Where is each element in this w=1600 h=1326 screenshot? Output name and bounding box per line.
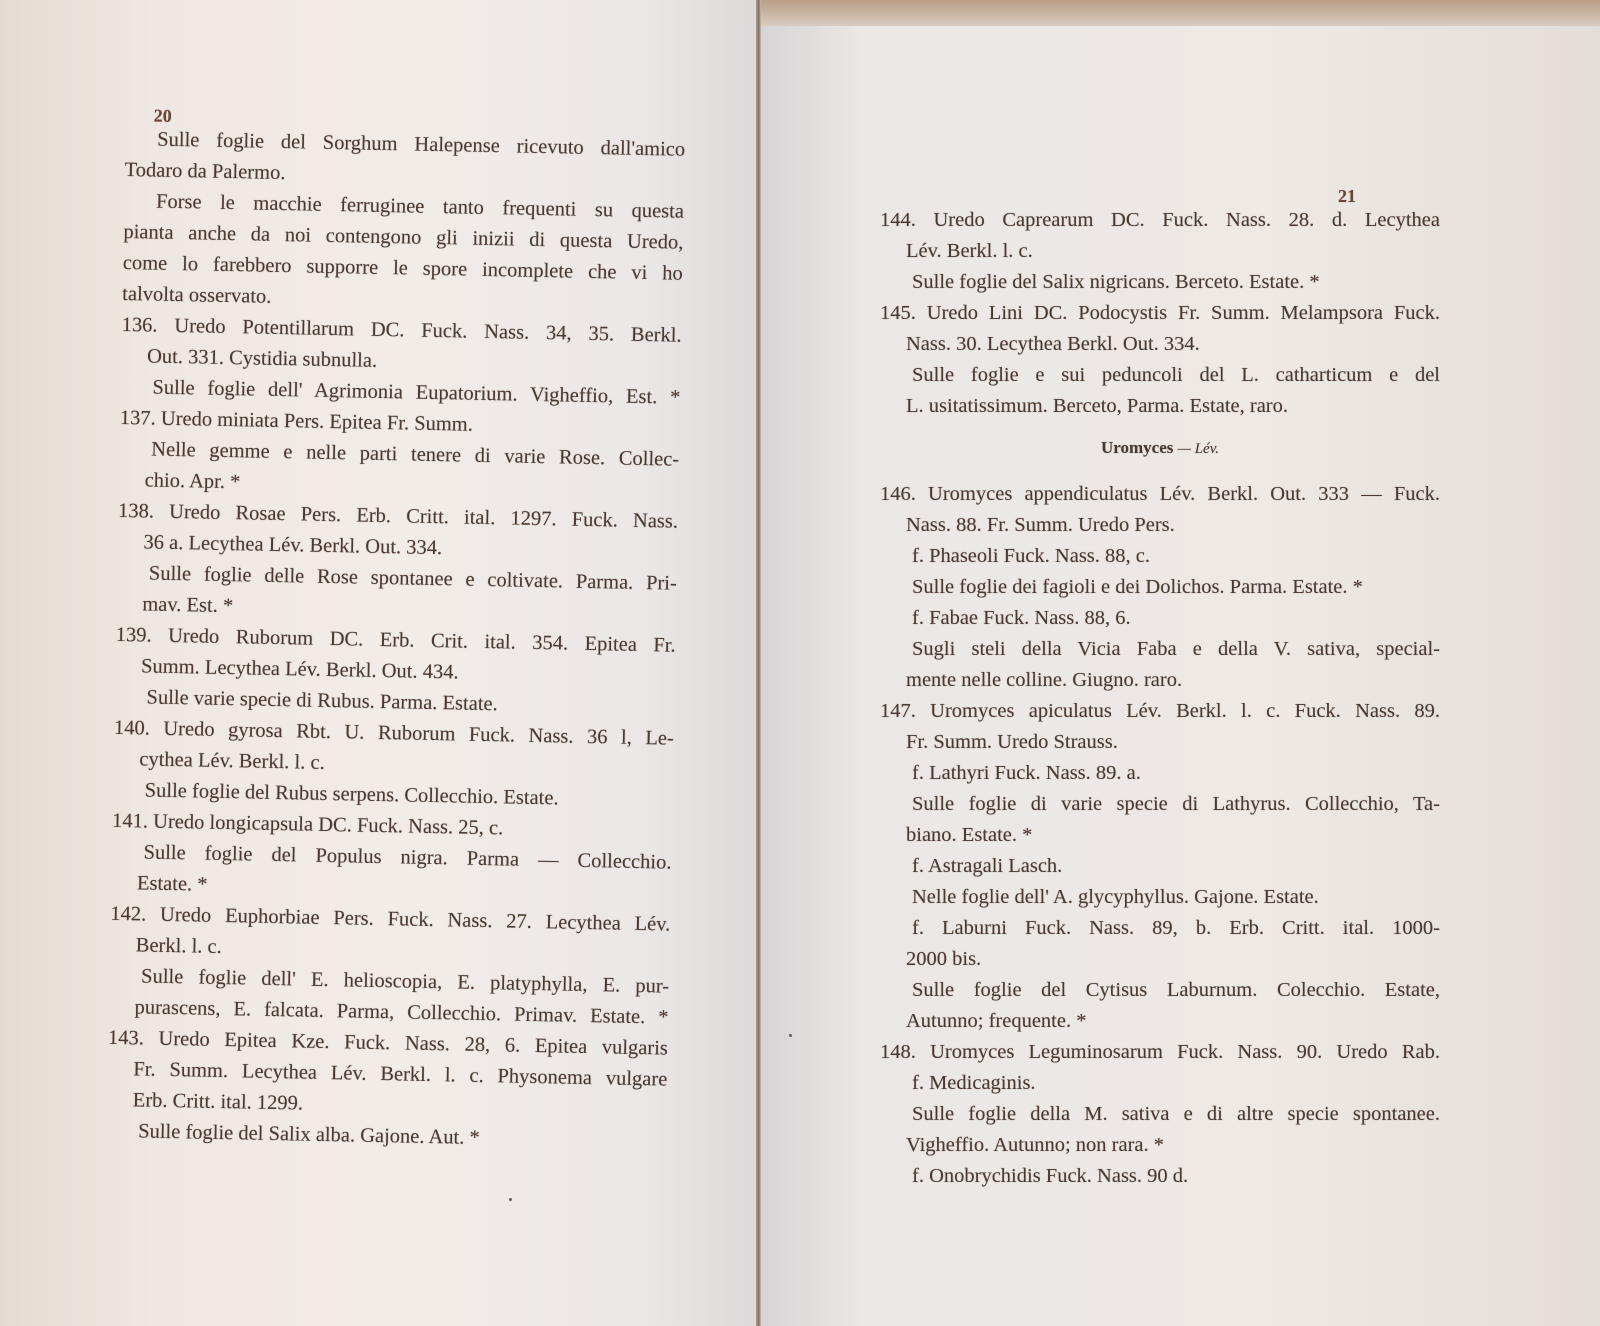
text-line: biano. Estate. *: [880, 820, 1440, 851]
text-line: f. Medicaginis.: [880, 1068, 1440, 1099]
entry-148: 148. Uromyces Leguminosarum Fuck. Nass. …: [880, 1037, 1440, 1068]
text-line: f. Lathyri Fuck. Nass. 89. a.: [880, 758, 1440, 789]
entry-144: 144. Uredo Caprearum DC. Fuck. Nass. 28.…: [880, 205, 1440, 236]
text-line: Nelle foglie dell' A. glycyphyllus. Gajo…: [880, 882, 1440, 913]
text-line: L. usitatissimum. Berceto, Parma. Estate…: [880, 391, 1440, 422]
page-number: 21: [1338, 181, 1356, 212]
entry-146: 146. Uromyces appendiculatus Lév. Berkl.…: [880, 479, 1440, 510]
entry-147: 147. Uromyces apiculatus Lév. Berkl. l. …: [880, 696, 1440, 727]
page-number: 20: [153, 101, 172, 132]
text-line: Sulle foglie di varie specie di Lathyrus…: [880, 789, 1440, 820]
text-line: f. Astragali Lasch.: [880, 851, 1440, 882]
page-edge-shadow: [761, 0, 1600, 26]
text-line: mente nelle colline. Giugno. raro.: [880, 665, 1440, 696]
text-line: Vigheffio. Autunno; non rara. *: [880, 1130, 1440, 1161]
text-line: Nass. 30. Lecythea Berkl. Out. 334.: [880, 329, 1440, 360]
text-line: Autunno; frequente. *: [880, 1006, 1440, 1037]
text-line: f. Fabae Fuck. Nass. 88, 6.: [880, 603, 1440, 634]
text-line: f. Phaseoli Fuck. Nass. 88, c.: [880, 541, 1440, 572]
text-line: Lév. Berkl. l. c.: [880, 236, 1440, 267]
text-line: Sulle foglie dei fagioli e dei Dolichos.…: [880, 572, 1440, 603]
section-heading: Uromyces — Lév.: [880, 432, 1440, 465]
text-line: f. Onobrychidis Fuck. Nass. 90 d.: [880, 1161, 1440, 1192]
paper-speck: [789, 1034, 792, 1037]
text-line: Sulle foglie del Cytisus Laburnum. Colec…: [880, 975, 1440, 1006]
text-line: Sugli steli della Vicia Faba e della V. …: [880, 634, 1440, 665]
text-line: Sulle foglie del Salix nigricans. Bercet…: [880, 267, 1440, 298]
text-line: f. Laburni Fuck. Nass. 89, b. Erb. Critt…: [880, 913, 1440, 944]
right-page-text: 21 144. Uredo Caprearum DC. Fuck. Nass. …: [880, 187, 1440, 1192]
paper-speck: [509, 1198, 512, 1201]
left-page-text: 20 Sulle foglie del Sorghum Halepense ri…: [106, 100, 686, 1158]
genus-author: — Lév.: [1178, 441, 1219, 457]
text-line: Nass. 88. Fr. Summ. Uredo Pers.: [880, 510, 1440, 541]
text-line: Sulle foglie e sui peduncoli del L. cath…: [880, 360, 1440, 391]
genus-name: Uromyces: [1101, 438, 1173, 457]
text-line: Fr. Summ. Uredo Strauss.: [880, 727, 1440, 758]
text-line: Sulle foglie della M. sativa e di altre …: [880, 1099, 1440, 1130]
entry-145: 145. Uredo Lini DC. Podocystis Fr. Summ.…: [880, 298, 1440, 329]
text-line: 2000 bis.: [880, 944, 1440, 975]
